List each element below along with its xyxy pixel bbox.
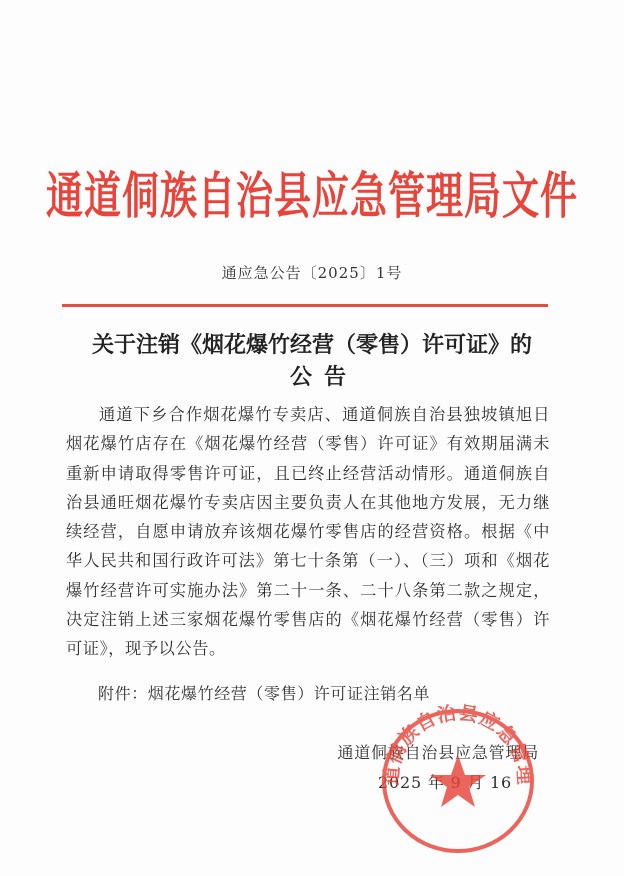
notice-title: 关于注销《烟花爆竹经营（零售）许可证》的 (0, 328, 624, 359)
signing-organization: 通道侗族自治县应急管理局 (337, 740, 539, 763)
signing-date: 2025 年 9 月 16 (378, 770, 512, 793)
red-divider (62, 304, 548, 307)
attachment-line: 附件：烟花爆竹经营（零售）许可证注销名单 (98, 681, 430, 704)
document-page: 通道侗族自治县应急管理局文件 通应急公告〔2025〕1号 关于注销《烟花爆竹经营… (0, 0, 624, 876)
document-number: 通应急公告〔2025〕1号 (0, 262, 624, 283)
notice-body: 通道下乡合作烟花爆竹专卖店、通道侗族自治县独坡镇旭日烟花爆竹店存在《烟花爆竹经营… (66, 400, 550, 664)
body-paragraph: 通道下乡合作烟花爆竹专卖店、通道侗族自治县独坡镇旭日烟花爆竹店存在《烟花爆竹经营… (66, 400, 550, 664)
notice-title-line2: 公告 (0, 360, 624, 391)
issuer-header: 通道侗族自治县应急管理局文件 (0, 155, 624, 228)
